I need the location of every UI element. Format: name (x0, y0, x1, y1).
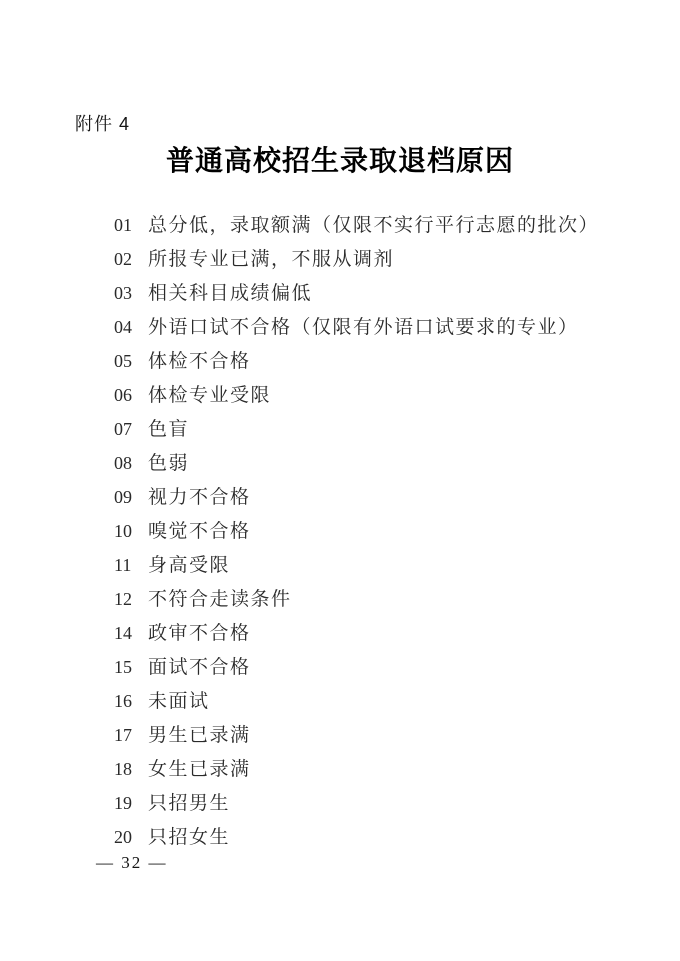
item-number: 01 (114, 208, 138, 242)
list-item: 10 嗅觉不合格 (114, 514, 594, 548)
list-item: 07 色盲 (114, 412, 594, 446)
item-number: 16 (114, 684, 138, 718)
item-number: 20 (114, 820, 138, 854)
list-item: 08 色弱 (114, 446, 594, 480)
document-page: 附件 4 普通高校招生录取退档原因 01 总分低，录取额满（仅限不实行平行志愿的… (0, 0, 680, 961)
item-number: 08 (114, 446, 138, 480)
list-item: 18 女生已录满 (114, 752, 594, 786)
item-text: 色盲 (148, 413, 189, 447)
item-number: 18 (114, 752, 138, 786)
list-item: 04 外语口试不合格（仅限有外语口试要求的专业） (114, 310, 594, 344)
list-item: 19 只招男生 (114, 786, 594, 820)
attachment-label: 附件 4 (75, 110, 130, 136)
list-item: 05 体检不合格 (114, 344, 594, 378)
item-number: 03 (114, 276, 138, 310)
item-text: 视力不合格 (148, 481, 251, 515)
item-text: 外语口试不合格（仅限有外语口试要求的专业） (148, 311, 579, 345)
item-number: 10 (114, 514, 138, 548)
item-text: 只招男生 (148, 787, 230, 821)
item-text: 不符合走读条件 (148, 583, 292, 617)
list-item: 09 视力不合格 (114, 480, 594, 514)
page-title: 普通高校招生录取退档原因 (0, 139, 680, 179)
item-number: 05 (114, 344, 138, 378)
item-number: 17 (114, 718, 138, 752)
item-text: 身高受限 (148, 549, 230, 583)
item-number: 04 (114, 310, 138, 344)
item-text: 体检不合格 (148, 345, 251, 379)
list-item: 11 身高受限 (114, 548, 594, 582)
list-item: 17 男生已录满 (114, 718, 594, 752)
reason-list: 01 总分低，录取额满（仅限不实行平行志愿的批次） 02 所报专业已满，不服从调… (114, 208, 594, 854)
page-number: — 32 — (96, 853, 168, 873)
list-item: 15 面试不合格 (114, 650, 594, 684)
list-item: 02 所报专业已满，不服从调剂 (114, 242, 594, 276)
list-item: 03 相关科目成绩偏低 (114, 276, 594, 310)
item-text: 面试不合格 (148, 651, 251, 685)
item-number: 11 (114, 548, 138, 582)
item-text: 女生已录满 (148, 753, 251, 787)
item-number: 02 (114, 242, 138, 276)
item-number: 14 (114, 616, 138, 650)
item-number: 19 (114, 786, 138, 820)
item-text: 嗅觉不合格 (148, 515, 251, 549)
item-number: 15 (114, 650, 138, 684)
item-text: 男生已录满 (148, 719, 251, 753)
item-text: 所报专业已满，不服从调剂 (148, 243, 394, 277)
item-text: 未面试 (148, 685, 210, 719)
item-text: 相关科目成绩偏低 (148, 277, 312, 311)
list-item: 20 只招女生 (114, 820, 594, 854)
item-text: 政审不合格 (148, 617, 251, 651)
item-number: 07 (114, 412, 138, 446)
list-item: 14 政审不合格 (114, 616, 594, 650)
list-item: 01 总分低，录取额满（仅限不实行平行志愿的批次） (114, 208, 594, 242)
list-item: 12 不符合走读条件 (114, 582, 594, 616)
item-number: 12 (114, 582, 138, 616)
list-item: 16 未面试 (114, 684, 594, 718)
item-number: 06 (114, 378, 138, 412)
item-text: 体检专业受限 (148, 379, 271, 413)
item-text: 只招女生 (148, 821, 230, 855)
item-number: 09 (114, 480, 138, 514)
item-text: 色弱 (148, 447, 189, 481)
item-text: 总分低，录取额满（仅限不实行平行志愿的批次） (148, 209, 599, 243)
list-item: 06 体检专业受限 (114, 378, 594, 412)
